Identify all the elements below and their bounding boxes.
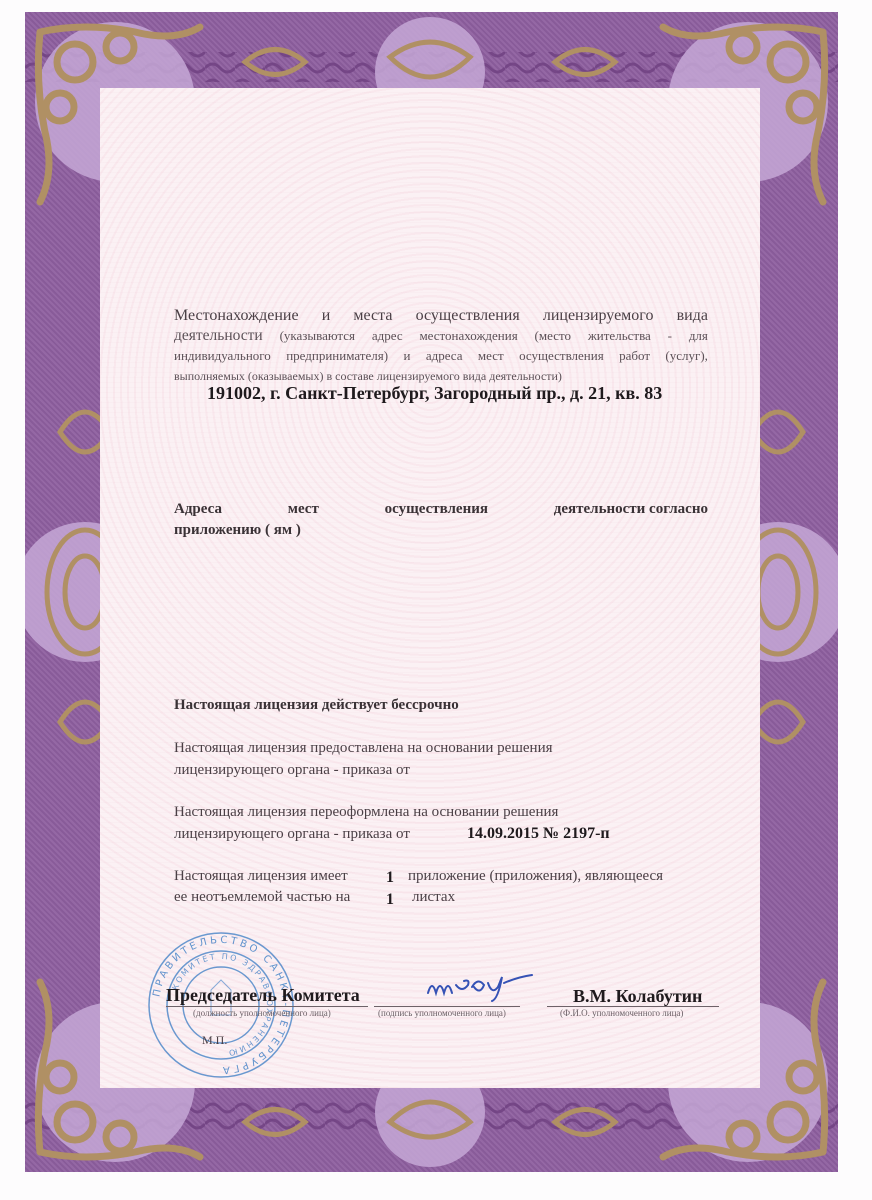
seal-place-label: М.П. bbox=[202, 1033, 227, 1048]
license-content: Местонахождение и места осуществления ли… bbox=[0, 0, 872, 1200]
granted-line-2: лицензирующего органа - приказа от bbox=[174, 762, 410, 779]
name-line bbox=[547, 1006, 719, 1007]
signatory-position: Председатель Комитета bbox=[166, 985, 360, 1006]
signatory-name: В.М. Колабутин bbox=[573, 986, 702, 1007]
appendix-line-1-prefix: Настоящая лицензия имеет bbox=[174, 868, 348, 885]
sheet-count: 1 bbox=[386, 891, 394, 909]
name-caption: (Ф.И.О. уполномоченного лица) bbox=[560, 1008, 683, 1018]
signature-caption: (подпись уполномоченного лица) bbox=[378, 1008, 506, 1018]
validity-statement: Настоящая лицензия действует бессрочно bbox=[174, 697, 459, 714]
location-heading-line-3: индивидуального предпринимателя) и адрес… bbox=[174, 346, 708, 366]
activity-places-line-2: приложению ( ям ) bbox=[174, 520, 708, 541]
signature-line bbox=[374, 1006, 520, 1007]
granted-line-1: Настоящая лицензия предоставлена на осно… bbox=[174, 740, 553, 757]
location-heading: Местонахождение и места осуществления ли… bbox=[174, 306, 708, 386]
handwritten-signature bbox=[420, 965, 535, 1005]
position-line bbox=[166, 1006, 368, 1007]
reissue-order-number: 14.09.2015 № 2197-п bbox=[467, 825, 610, 843]
reissued-line-1: Настоящая лицензия переоформлена на осно… bbox=[174, 804, 558, 821]
license-address: 191002, г. Санкт-Петербург, Загородный п… bbox=[207, 383, 662, 404]
appendix-line-2-suffix: листах bbox=[412, 889, 455, 906]
appendix-line-1-suffix: приложение (приложения), являющееся bbox=[408, 868, 663, 885]
reissued-line-2: лицензирующего органа - приказа от bbox=[174, 826, 410, 843]
location-heading-line-1: Местонахождение и места осуществления ли… bbox=[174, 306, 708, 326]
appendix-count: 1 bbox=[386, 869, 394, 887]
appendix-line-2-prefix: ее неотъемлемой частью на bbox=[174, 889, 350, 906]
activity-places: Адреса мест осуществления деятельности с… bbox=[174, 499, 708, 541]
activity-places-line-1: Адреса мест осуществления деятельности с… bbox=[174, 499, 708, 520]
location-heading-line-2: деятельности (указываются адрес местонах… bbox=[174, 326, 708, 346]
position-caption: (должность уполномоченного лица) bbox=[193, 1008, 331, 1018]
